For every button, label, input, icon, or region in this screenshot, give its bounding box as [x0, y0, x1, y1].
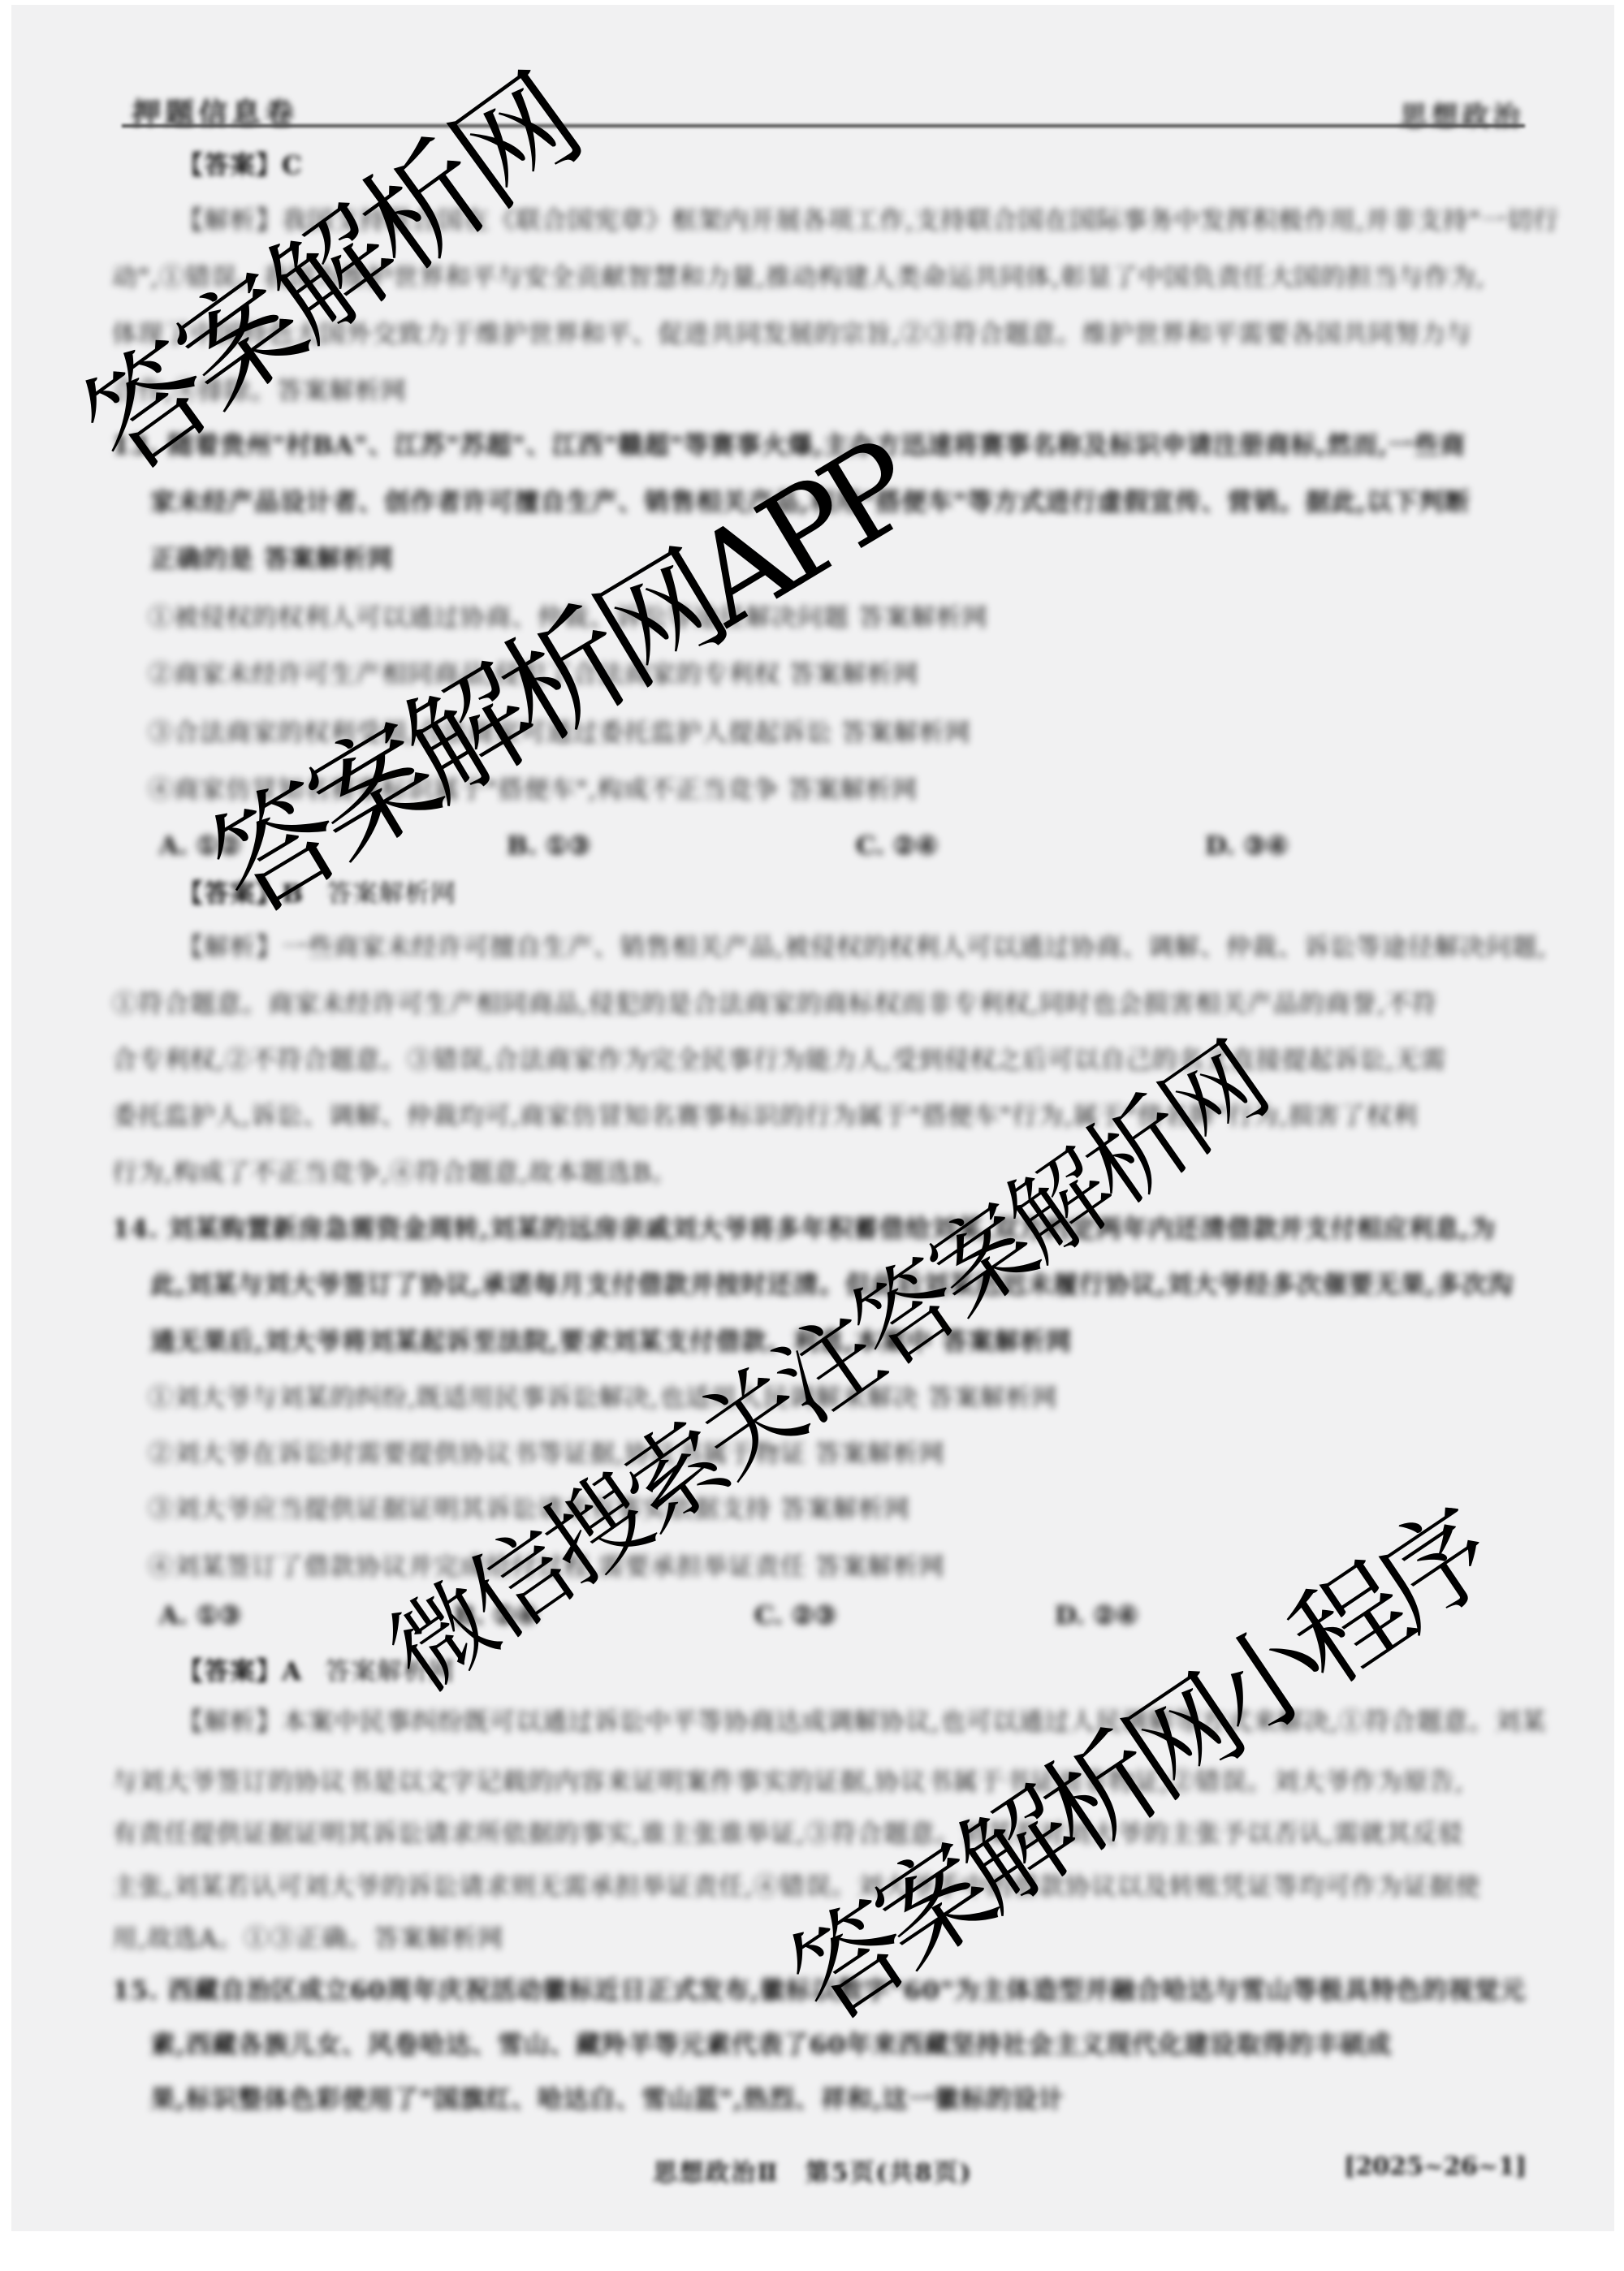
question-14-line: 14. 刘某购置新房急需资金周转,刘某的远房亲戚刘大爷将多年积蓄借给刘某,双方约… — [112, 1217, 1496, 1242]
choice-d: D. ②④ — [1055, 1601, 1138, 1630]
footer-code: [2025~26~1] — [1344, 2152, 1527, 2181]
question-15-line: 素,西藏各族儿女、风卷哈达、雪山、藏羚羊等元素代表了60年来西藏坚持社会主义现代… — [150, 2033, 1392, 2058]
answer-label: 【答案】A — [178, 1657, 302, 1686]
answer-label: 【答案】C — [178, 153, 303, 179]
header-rule — [122, 124, 1525, 127]
choice-a: A. ①③ — [159, 1601, 241, 1630]
analysis-line: 与刘大爷签订的协议书是以文字记载的内容来证明案件事实的证据,协议书属于书证而非物… — [112, 1770, 1464, 1795]
choice-c: C. ②③ — [754, 1601, 836, 1630]
choice-d: D. ③④ — [1205, 831, 1289, 861]
analysis-line: 【解析】一些商家未经许可擅自生产、销售相关产品,被侵权的权利人可以通过协商、调解… — [178, 935, 1547, 961]
header-right-title: 思想政治 — [1400, 94, 1523, 134]
question-13-line: 正确的是 答案解析网 — [150, 547, 394, 572]
analysis-line: 有责任提供证据证明其诉讼请求所依据的事实,谁主张谁举证,③符合题意。刘某若对刘大… — [112, 1822, 1464, 1847]
choice-c: C. ②④ — [856, 831, 938, 861]
question-15-line: 果,标识整体色彩使用了"国旗红、哈达白、雪山蓝",热烈、祥和,这一徽标的设计 — [150, 2088, 1065, 2113]
analysis-line: 用,故选A。①③正确。答案解析网 — [112, 1927, 503, 1952]
analysis-line: ①符合题意。商家未经许可生产相同商品,侵犯的是合法商家的商标权而非专利权,同时也… — [112, 992, 1438, 1017]
scanned-exam-screenshot: 押题信息卷 思想政治 【答案】C 【解析】我国支持联合国在《联合国宪章》框架内开… — [0, 0, 1624, 2271]
choice-b: B. ①③ — [507, 831, 590, 861]
footer-page-label: 思想政治Ⅱ 第5页(共8页) — [653, 2152, 972, 2188]
analysis-line: 行为,构成了不正当竞争,④符合题意,故本题选B。 — [112, 1161, 677, 1186]
statement-line: ①刘大爷与刘某的纠纷,既适用民事诉讼解决,也适用人民调解来解决 答案解析网 — [148, 1386, 1058, 1411]
